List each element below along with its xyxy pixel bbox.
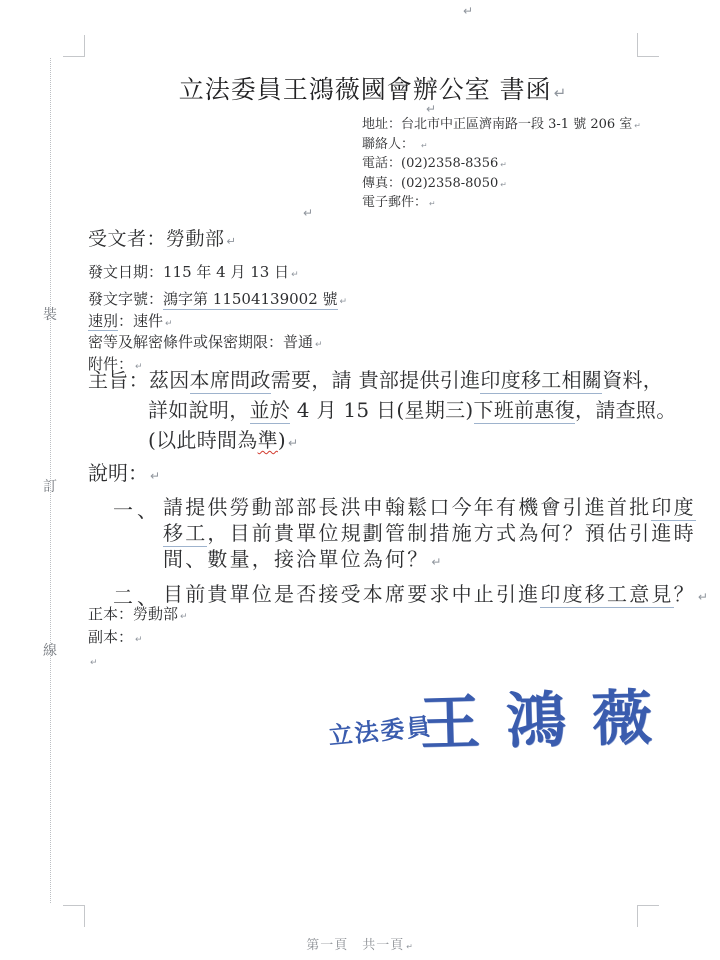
text-line: 密等及解密條件或保密期限：普通↵ [88, 333, 347, 355]
item-text: 目前貴單位是否接受本席要求中止引進印度移工意見？↵ [163, 581, 710, 610]
text-segment: 發文字號： [88, 290, 163, 308]
text-segment: 密等及解密條件或保密期限：普通 [88, 333, 313, 351]
text-segment: 請提供勞動部部長洪申翰鬆口今年有機會引進首批 [163, 495, 651, 519]
page-number: 第一頁 共一頁 [306, 938, 404, 953]
contact-text: 電話：(02)2358-8356 [362, 156, 498, 171]
crop-mark-top-left-icon [63, 35, 85, 57]
contact-text: 傳真：(02)2358-8050 [362, 176, 498, 191]
text-segment: 詳如說明， [148, 398, 250, 422]
text-line: 目前貴單位是否接受本席要求中止引進印度移工意見？↵ [163, 581, 710, 610]
paragraph-mark: ↵ [165, 319, 173, 329]
text-segment: 印度移工相關 [480, 368, 602, 394]
subject-lines: 主旨：茲因本席問政需要，請 貴部提供引進印度移工相關資料，詳如說明，並於 4 月… [88, 365, 677, 458]
text-segment: 需要，請 貴部提供引進 [271, 368, 481, 392]
text-segment: 間、數量，接洽單位為何？ [163, 547, 429, 571]
paragraph-mark: ↵ [463, 4, 473, 18]
subject-label: 主旨： [88, 368, 149, 392]
text-segment: 並於 [250, 398, 291, 424]
contact-line: 聯絡人：↵ [362, 136, 641, 156]
text-line: (以此時間為準)↵ [88, 425, 677, 458]
text-segment: 目前貴單位是否接受本席要求中止引進 [163, 582, 540, 606]
item-number: 一、 [113, 494, 163, 575]
issue-date-text: 發文日期：115 年 4 月 13 日 [88, 263, 289, 281]
recipient-text: 受文者：勞動部 [88, 228, 225, 250]
text-segment: (以此時間為 [148, 428, 258, 452]
crop-mark-bottom-left-icon [63, 905, 85, 927]
copies-block: 正本：勞動部↵副本：↵↵ [88, 604, 188, 673]
recipient-line: 受文者：勞動部↵ [88, 224, 237, 251]
paragraph-mark: ↵ [291, 270, 299, 280]
document-title: 立法委員王鴻薇國會辦公室 書函 [179, 75, 552, 104]
text-line: 主旨：茲因本席問政需要，請 貴部提供引進印度移工相關資料， [88, 365, 677, 395]
item-text: 請提供勞動部部長洪申翰鬆口今年有機會引進首批印度移工，目前貴單位規劃管制措施方式… [163, 494, 696, 575]
list-item: 一、請提供勞動部部長洪申翰鬆口今年有機會引進首批印度移工，目前貴單位規劃管制措施… [113, 494, 710, 575]
contact-line: 電子郵件：↵ [362, 194, 641, 214]
paragraph-mark: ↵ [288, 436, 298, 450]
signature-name: 王鴻薇 [419, 670, 679, 763]
text-segment: ，目前貴單位規劃管制措施方式為何？預估引進時 [207, 521, 695, 545]
paragraph-mark: ↵ [135, 635, 143, 645]
text-segment: 印度 [651, 495, 695, 521]
copy-line: 正本：勞動部↵ [88, 604, 188, 627]
paragraph-mark: ↵ [227, 234, 237, 248]
text-line: 速別：速件↵ [88, 312, 347, 334]
text-line: 請提供勞動部部長洪申翰鬆口今年有機會引進首批印度 [163, 494, 696, 520]
contact-line: 地址：台北市中正區濟南路一段 3-1 號 206 室↵ [362, 116, 641, 136]
items-block: 一、請提供勞動部部長洪申翰鬆口今年有機會引進首批印度移工，目前貴單位規劃管制措施… [113, 494, 710, 610]
page-footer: 第一頁 共一頁↵ [0, 934, 720, 953]
paragraph-mark: ↵ [303, 206, 313, 220]
text-segment: 本席問政 [190, 368, 271, 394]
binding-label: 訂 [43, 476, 57, 496]
text-segment: 下班前惠復 [474, 398, 576, 424]
explanation-label: 說明： [88, 461, 148, 485]
paragraph-mark: ↵ [500, 180, 507, 189]
document-page: 裝訂線 ↵ ↵ ↵ 立法委員王鴻薇國會辦公室 書函↵ 地址：台北市中正區濟南路一… [0, 0, 720, 960]
copy-line: 副本：↵ [88, 627, 188, 650]
text-segment: ) [278, 428, 286, 452]
contact-line: 電話：(02)2358-8356↵ [362, 155, 641, 175]
binding-label: 裝 [43, 304, 57, 324]
paragraph-mark: ↵ [90, 658, 98, 668]
signature-stamp: 立法委員 王鴻薇 [307, 657, 714, 784]
text-segment: 茲因 [149, 368, 190, 392]
text-segment: 準 [258, 428, 278, 452]
text-segment: ？ [674, 582, 696, 606]
document-title-line: 立法委員王鴻薇國會辦公室 書函↵ [88, 70, 658, 106]
paragraph-mark: ↵ [340, 297, 348, 307]
text-line: 間、數量，接洽單位為何？↵ [163, 546, 696, 575]
text-line: 發文字號：鴻字第 11504139002 號↵ [88, 290, 347, 312]
crop-mark-top-right-icon [637, 33, 659, 57]
paragraph-mark: ↵ [634, 121, 641, 130]
list-item: 二、目前貴單位是否接受本席要求中止引進印度移工意見？↵ [113, 581, 710, 610]
text-segment: 印度移工意見 [540, 582, 673, 608]
text-segment: 資料， [602, 368, 663, 392]
paragraph-mark: ↵ [406, 942, 414, 951]
contact-block: 地址：台北市中正區濟南路一段 3-1 號 206 室↵聯絡人：↵電話：(02)2… [362, 116, 641, 214]
explanation-label-line: 說明：↵ [88, 457, 160, 486]
contact-text: 聯絡人： [362, 137, 414, 152]
text-segment: ：速件 [118, 312, 163, 330]
paragraph-mark: ↵ [698, 590, 710, 604]
text-segment: ，請查照。 [575, 398, 677, 422]
contact-text: 電子郵件： [362, 195, 427, 210]
text-segment: 4 月 15 日(星期三) [290, 398, 473, 422]
signature-title: 立法委員 [327, 706, 434, 751]
copy-text: 正本：勞動部 [88, 605, 178, 623]
copy-text: 副本： [88, 628, 133, 646]
crop-mark-bottom-right-icon [637, 905, 659, 927]
text-line: 詳如說明，並於 4 月 15 日(星期三)下班前惠復，請查照。 [88, 395, 677, 425]
paragraph-mark: ↵ [315, 340, 323, 350]
contact-line: 傳真：(02)2358-8050↵ [362, 175, 641, 195]
ref-block: 發文字號：鴻字第 11504139002 號↵速別：速件↵密等及解密條件或保密期… [88, 290, 347, 376]
paragraph-mark: ↵ [429, 199, 436, 208]
text-segment: 鴻字第 11504139002 號 [163, 290, 338, 310]
paragraph-mark: ↵ [500, 160, 507, 169]
paragraph-mark: ↵ [180, 612, 188, 622]
text-segment: 速別 [88, 312, 118, 332]
contact-text: 地址：台北市中正區濟南路一段 3-1 號 206 室 [362, 117, 632, 132]
binding-label: 線 [43, 640, 57, 660]
paragraph-mark: ↵ [431, 555, 443, 569]
paragraph-mark: ↵ [554, 84, 568, 102]
paragraph-mark: ↵ [421, 141, 428, 150]
issue-date-line: 發文日期：115 年 4 月 13 日↵ [88, 261, 299, 282]
paragraph-mark: ↵ [150, 469, 160, 483]
copy-line: ↵ [88, 650, 188, 673]
text-line: 移工，目前貴單位規劃管制措施方式為何？預估引進時 [163, 520, 696, 546]
text-segment: 移工 [163, 521, 207, 547]
